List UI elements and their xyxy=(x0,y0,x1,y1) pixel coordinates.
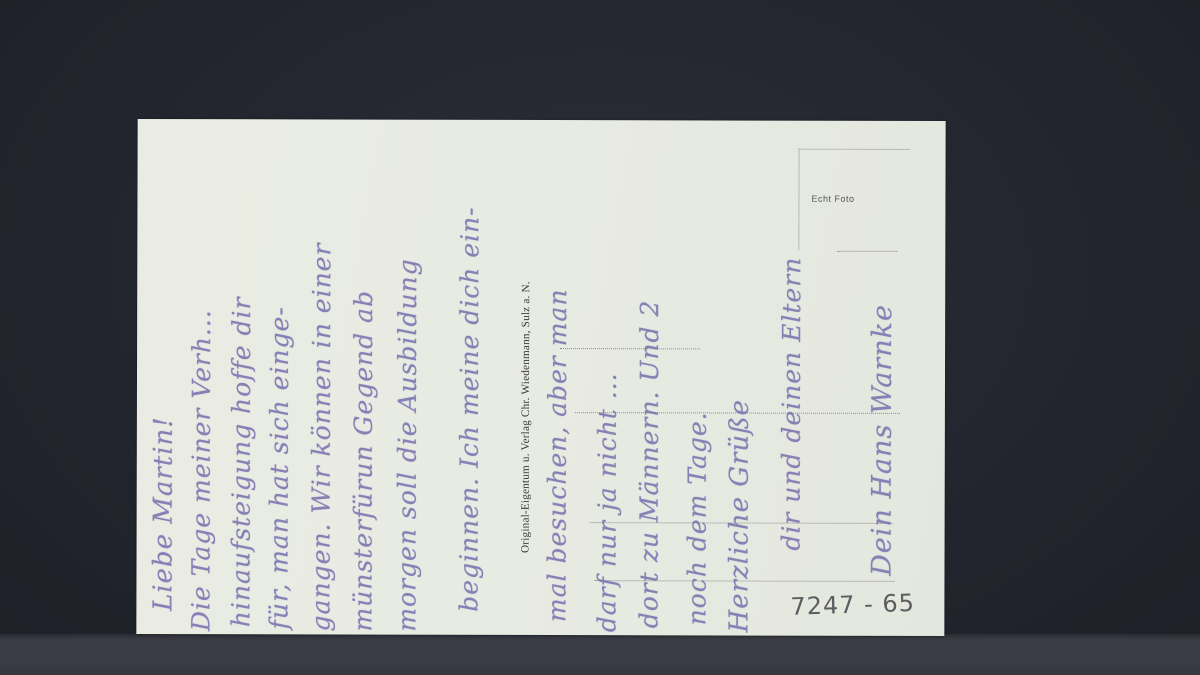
handwriting-line: noch dem Tage. xyxy=(682,411,712,625)
publisher-imprint: Original-Eigentum u. Verlag Chr. Wiedenm… xyxy=(520,281,533,553)
handwriting-line: darf nur ja nicht ... xyxy=(592,372,622,632)
handwriting-line: für, man hat sich einge- xyxy=(264,306,294,629)
pencil-inventory-note: 7247 - 65 xyxy=(790,589,915,621)
handwriting-line: Liebe Martin! xyxy=(148,416,179,611)
display-ledge xyxy=(0,634,1200,675)
stamp-area-bottom-edge xyxy=(837,251,897,252)
handwriting-line: beginnen. Ich meine dich ein- xyxy=(454,206,484,612)
handwriting-line: dir und deinen Eltern xyxy=(777,257,807,551)
handwriting-line: morgen soll die Ausbildung xyxy=(392,258,422,631)
signature: Dein Hans Warnke xyxy=(866,304,898,576)
handwriting-line: gangen. Wir können in einer xyxy=(306,242,336,631)
postcard-back: Echt Foto Original-Eigentum u. Verlag Ch… xyxy=(136,119,945,636)
handwriting-line: münsterfürun Gegend ab xyxy=(348,290,378,632)
handwriting-line: mal besuchen, aber man xyxy=(542,289,572,623)
address-line-1 xyxy=(560,348,700,349)
handwriting-line: Herzliche Grüße xyxy=(724,399,755,633)
handwriting-line: hinaufsteigung hoffe dir xyxy=(226,297,256,628)
echt-foto-label: Echt Foto xyxy=(811,194,854,204)
handwriting-line: dort zu Männern. Und 2 xyxy=(634,300,664,629)
handwriting-line: Die Tage meiner Verh... xyxy=(186,309,216,631)
